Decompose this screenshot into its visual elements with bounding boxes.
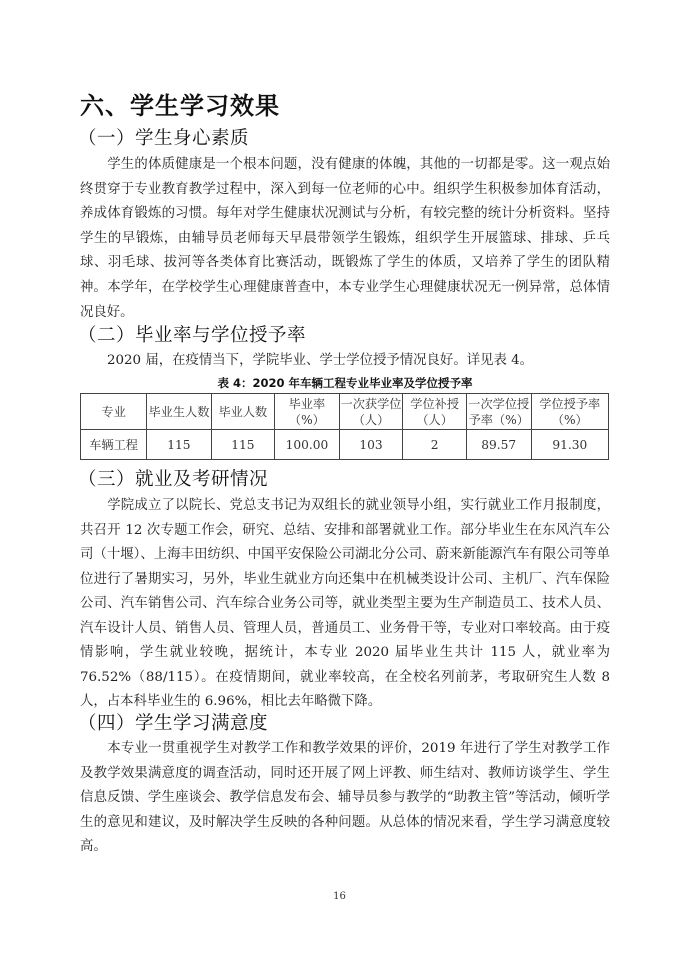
cell-major: 车辆工程: [81, 430, 147, 460]
section-heading-graduation-rate: （二）毕业率与学位授予率: [78, 321, 306, 347]
cell-graduated: 115: [211, 430, 274, 460]
paragraph-graduation-intro: 2020 届，在疫情当下，学院毕业、学士学位授予情况良好。详见表 4。: [80, 349, 610, 374]
section-heading-physical-mental: （一）学生身心素质: [78, 124, 249, 150]
section-heading-satisfaction: （四）学生学习满意度: [78, 709, 268, 735]
cell-graduation-rate: 100.00: [275, 430, 340, 460]
header-cell: 毕业率（%）: [275, 394, 340, 430]
header-cell: 学位授予率（%）: [531, 394, 608, 430]
cell-degree-rate: 91.30: [531, 430, 608, 460]
table-header-row: 专业 毕业生人数 毕业人数 毕业率（%） 一次获学位（人） 学位补授（人） 一次…: [81, 394, 609, 430]
chapter-heading: 六、学生学习效果: [80, 86, 280, 121]
page-number: 16: [0, 891, 679, 902]
paragraph-mental-health: 本学年，在学校学生心理健康普查中，本专业学生心理健康状况无一例异常，总体情况良好…: [80, 276, 610, 325]
header-cell: 一次学位授予率（%）: [466, 394, 531, 430]
header-cell: 毕业生人数: [147, 394, 211, 430]
header-cell: 学位补授（人）: [403, 394, 467, 430]
graduation-degree-table: 专业 毕业生人数 毕业人数 毕业率（%） 一次获学位（人） 学位补授（人） 一次…: [80, 393, 609, 460]
section-heading-employment: （三）就业及考研情况: [78, 465, 268, 491]
table-caption: 表 4：2020 年车辆工程专业毕业率及学位授予率: [80, 375, 610, 391]
paragraph-employment: 学院成立了以院长、党总支书记为双组长的就业领导小组，实行就业工作月报制度，共召开…: [80, 494, 610, 715]
cell-degree-supplement: 2: [403, 430, 467, 460]
cell-first-degree-rate: 89.57: [466, 430, 531, 460]
cell-first-degree: 103: [339, 430, 403, 460]
paragraph-satisfaction: 本专业一贯重视学生对教学工作和教学效果的评价，2019 年进行了学生对教学工作及…: [80, 737, 610, 860]
header-cell: 一次获学位（人）: [339, 394, 403, 430]
table-row: 车辆工程 115 115 100.00 103 2 89.57 91.30: [81, 430, 609, 460]
header-cell: 毕业人数: [211, 394, 274, 430]
document-page: 六、学生学习效果 （一）学生身心素质 学生的体质健康是一个根本问题，没有健康的体…: [0, 0, 679, 960]
header-cell: 专业: [81, 394, 147, 430]
cell-graduates-total: 115: [147, 430, 211, 460]
